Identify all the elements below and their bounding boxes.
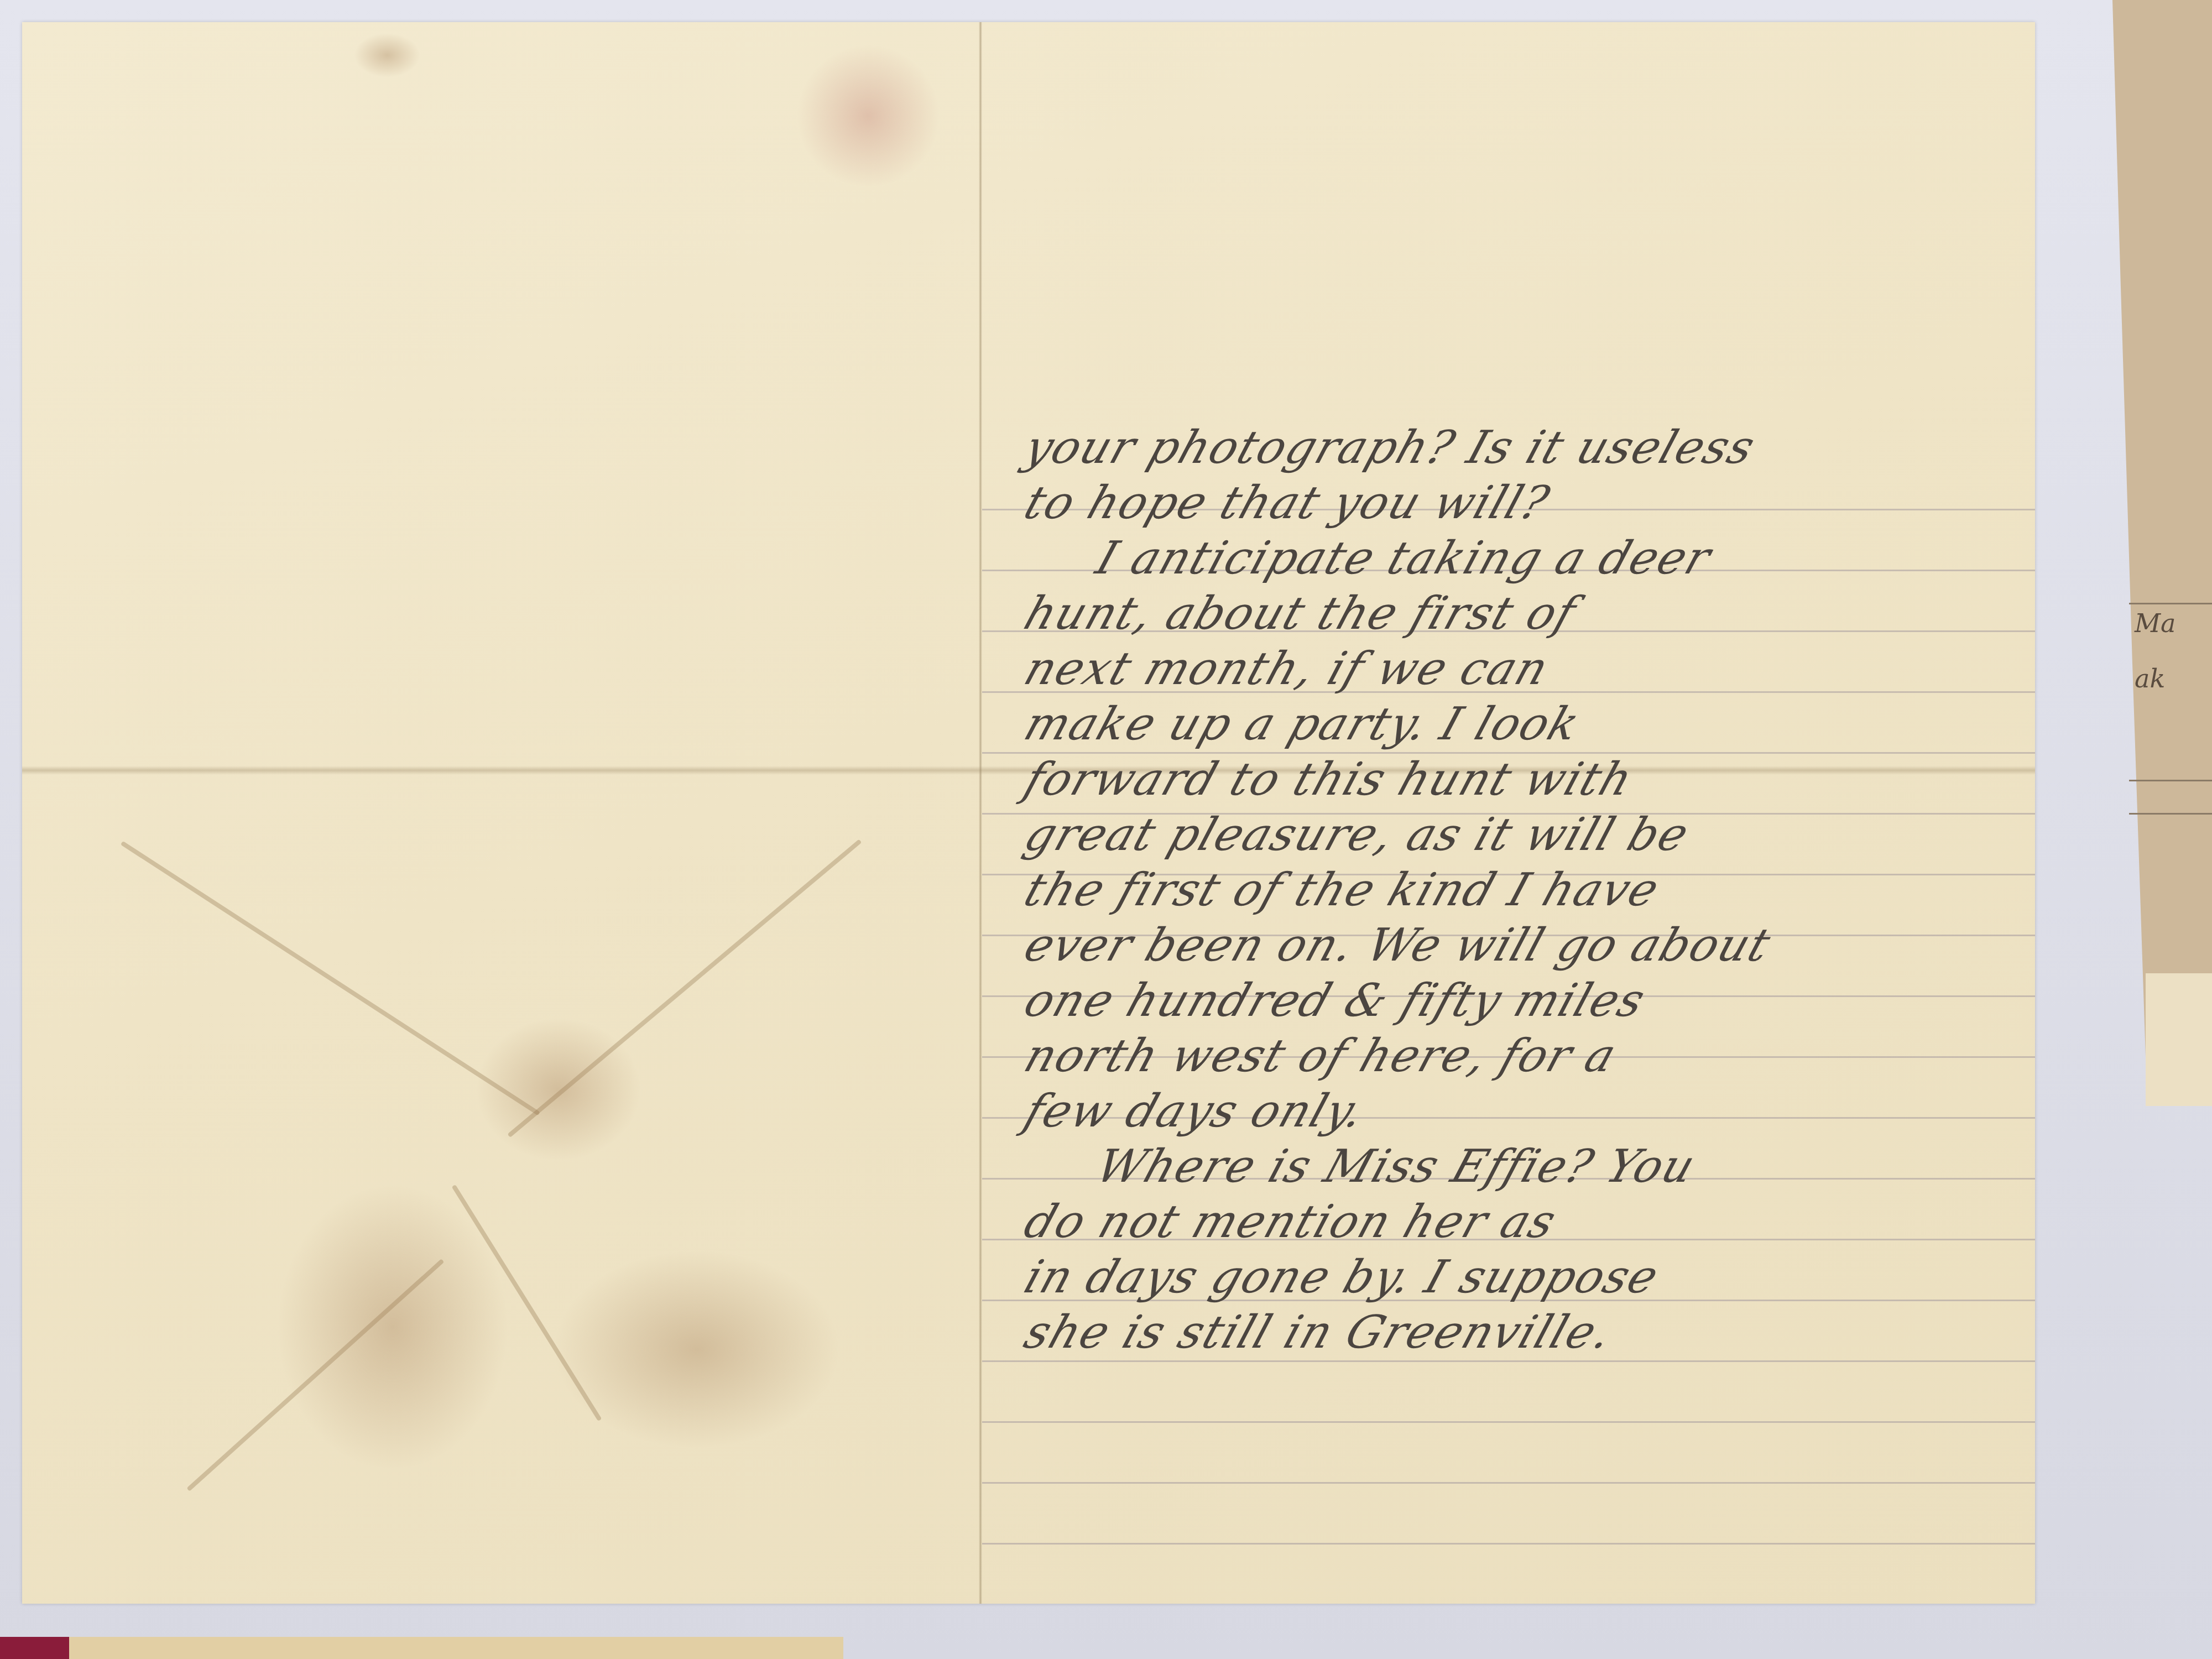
ruled-line [982,1421,2035,1423]
handwriting-line: north west of here, for a [1018,1029,2020,1084]
letter-left-page [22,22,979,1604]
handwriting-line: the first of the kind I have [1018,863,2020,918]
handwriting-line: great pleasure, as it will be [1018,807,2020,863]
paper-edge [2129,813,2212,815]
handwriting-line: to hope that you will? [1018,476,2020,531]
side-paper-handwriting: Ma [2135,608,2176,638]
ruled-line [982,1482,2035,1484]
ruled-line [982,1543,2035,1545]
handwriting-line: do not mention her as [1018,1194,2020,1250]
handwriting-line: make up a party. I look [1018,697,2020,752]
underlying-paper [69,1637,843,1659]
handwriting-line: next month, if we can [1018,641,2020,697]
handwriting-line: I anticipate taking a deer [1018,531,2020,586]
handwriting-line: forward to this hunt with [1018,752,2020,807]
handwriting-line: one hundred & fifty miles [1018,973,2020,1029]
stain [276,1183,509,1471]
paper-edge [2129,603,2212,604]
ruled-line [982,1360,2035,1362]
adjacent-paper-lower [2146,973,2212,1106]
stain [553,1250,841,1449]
handwriting-line: hunt, about the first of [1018,586,2020,641]
handwriting-line: she is still in Greenville. [1018,1305,2020,1360]
stain [796,44,940,188]
handwritten-text: your photograph? Is it useless to hope t… [1026,420,2011,1360]
handwriting-line: few days only. [1018,1084,2020,1139]
letter-right-page: your photograph? Is it useless to hope t… [982,22,2035,1604]
red-folder-corner [0,1637,69,1659]
handwriting-line: your photograph? Is it useless [1018,420,2020,476]
paper-edge [2129,780,2212,781]
handwriting-line: ever been on. We will go about [1018,918,2020,973]
letter-sheet: your photograph? Is it useless to hope t… [22,22,2035,1604]
handwriting-line: in days gone by. I suppose [1018,1250,2020,1305]
handwriting-line: Where is Miss Effie? You [1018,1139,2020,1194]
stain [476,1018,641,1161]
side-paper-handwriting: ak [2135,664,2165,693]
stain [354,33,420,77]
